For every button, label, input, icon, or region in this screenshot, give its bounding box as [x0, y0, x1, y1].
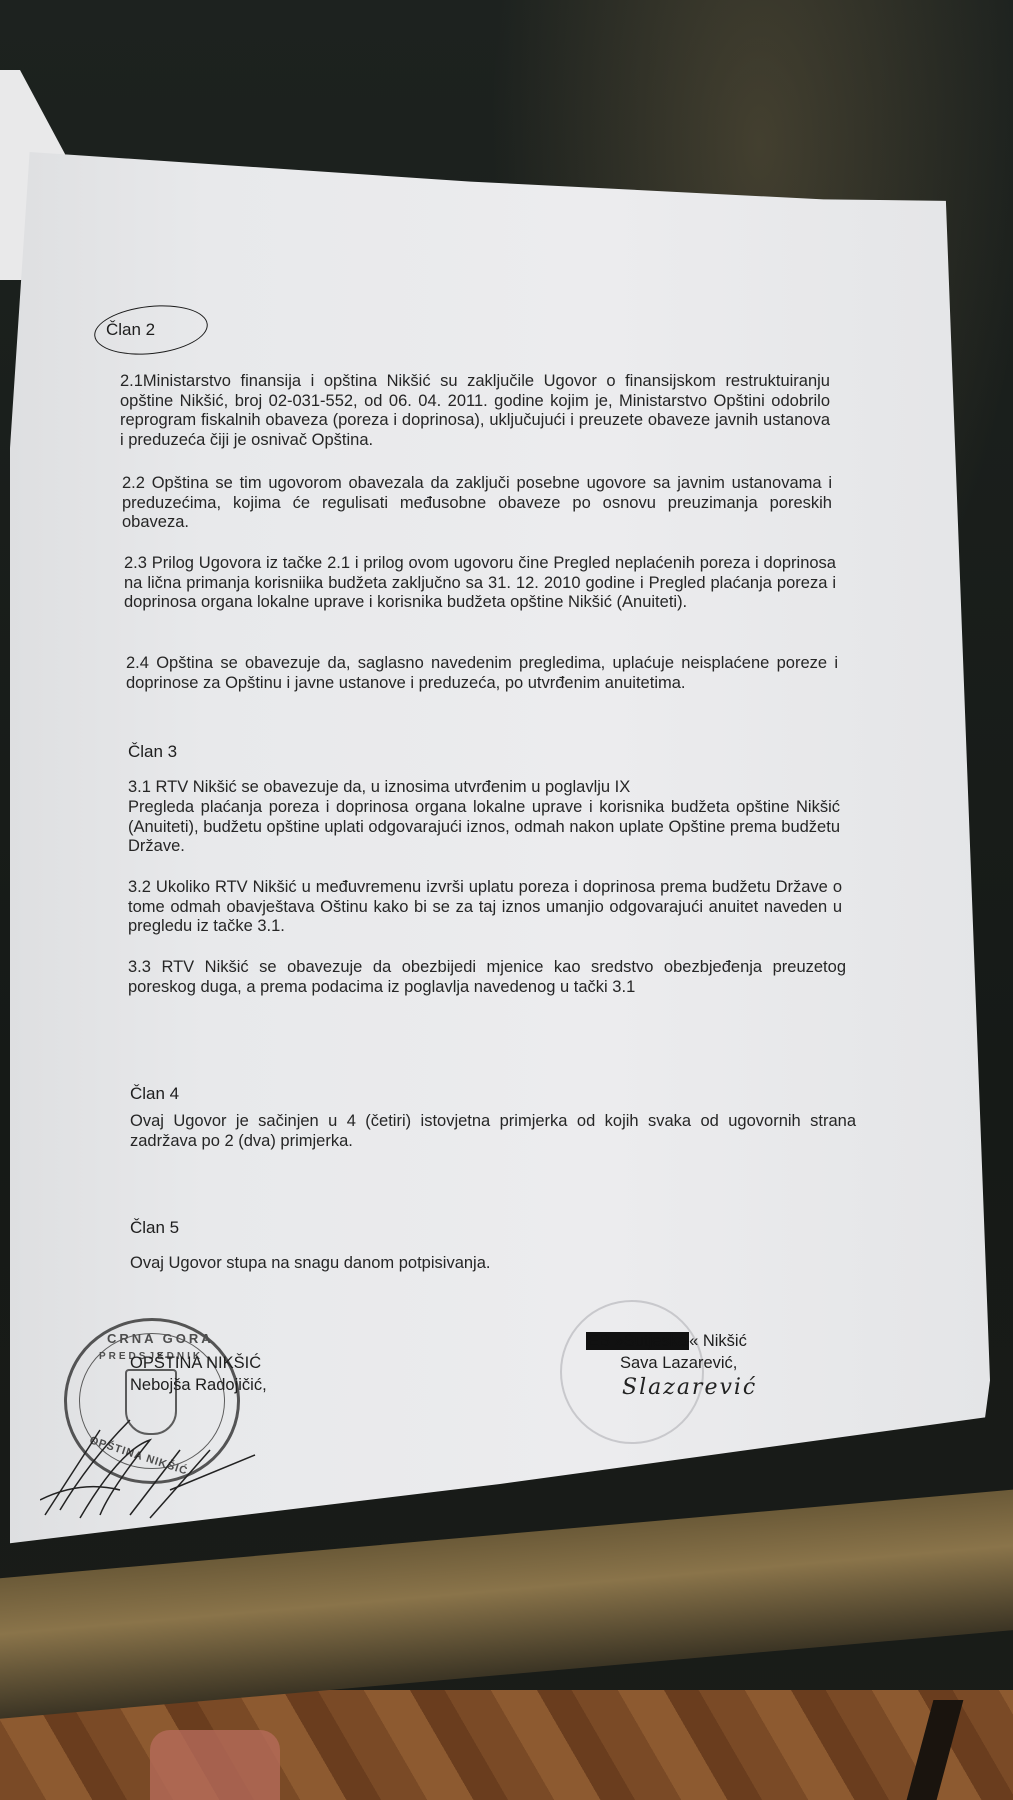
right-signatory: EB »Sutjeska« Nikšić Sava Lazarević, — [586, 1330, 747, 1374]
paragraph-5: Ovaj Ugovor stupa na snagu danom potpisi… — [130, 1254, 730, 1274]
article-3-heading: Član 3 — [128, 742, 177, 762]
right-signatory-org: EB »Sutjeska« Nikšić — [586, 1330, 747, 1352]
paragraph-4: Ovaj Ugovor je sačinjen u 4 (četiri) ist… — [130, 1112, 856, 1151]
article-4-heading: Član 4 — [130, 1084, 179, 1104]
paragraph-2-3: 2.3 Prilog Ugovora iz tačke 2.1 i prilog… — [124, 554, 836, 613]
stamp-top-text: CRNA GORA — [107, 1329, 214, 1349]
paragraph-2-2: 2.2 Opština se tim ugovorom obavezala da… — [122, 474, 832, 533]
redacted-text: EB »Sutjeska — [586, 1332, 689, 1350]
right-signatory-name: Sava Lazarević, — [620, 1352, 747, 1374]
paragraph-2-1: 2.1Ministarstvo finansija i opština Nikš… — [120, 372, 830, 450]
paragraph-3-1-intro: 3.1 RTV Nikšić se obavezuje da, u iznosi… — [128, 778, 840, 798]
left-signatory-org: OPŠTINA NIKŠIĆ — [130, 1352, 267, 1374]
article-2-heading: Član 2 — [106, 320, 155, 340]
article-5-heading: Član 5 — [130, 1218, 179, 1238]
left-handwritten-signature — [40, 1390, 270, 1520]
paragraph-3-3: 3.3 RTV Nikšić se obavezuje da obezbijed… — [128, 958, 846, 997]
paragraph-3-2: 3.2 Ukoliko RTV Nikšić u međuvremenu izv… — [128, 878, 842, 937]
contract-document: Član 2 2.1Ministarstvo finansija i opšti… — [0, 0, 1013, 1800]
paragraph-2-4: 2.4 Opština se obavezuje da, saglasno na… — [126, 654, 838, 693]
paragraph-3-1: Pregleda plaćanja poreza i doprinosa org… — [128, 798, 840, 857]
right-handwritten-signature: Slazarević — [622, 1378, 757, 1398]
